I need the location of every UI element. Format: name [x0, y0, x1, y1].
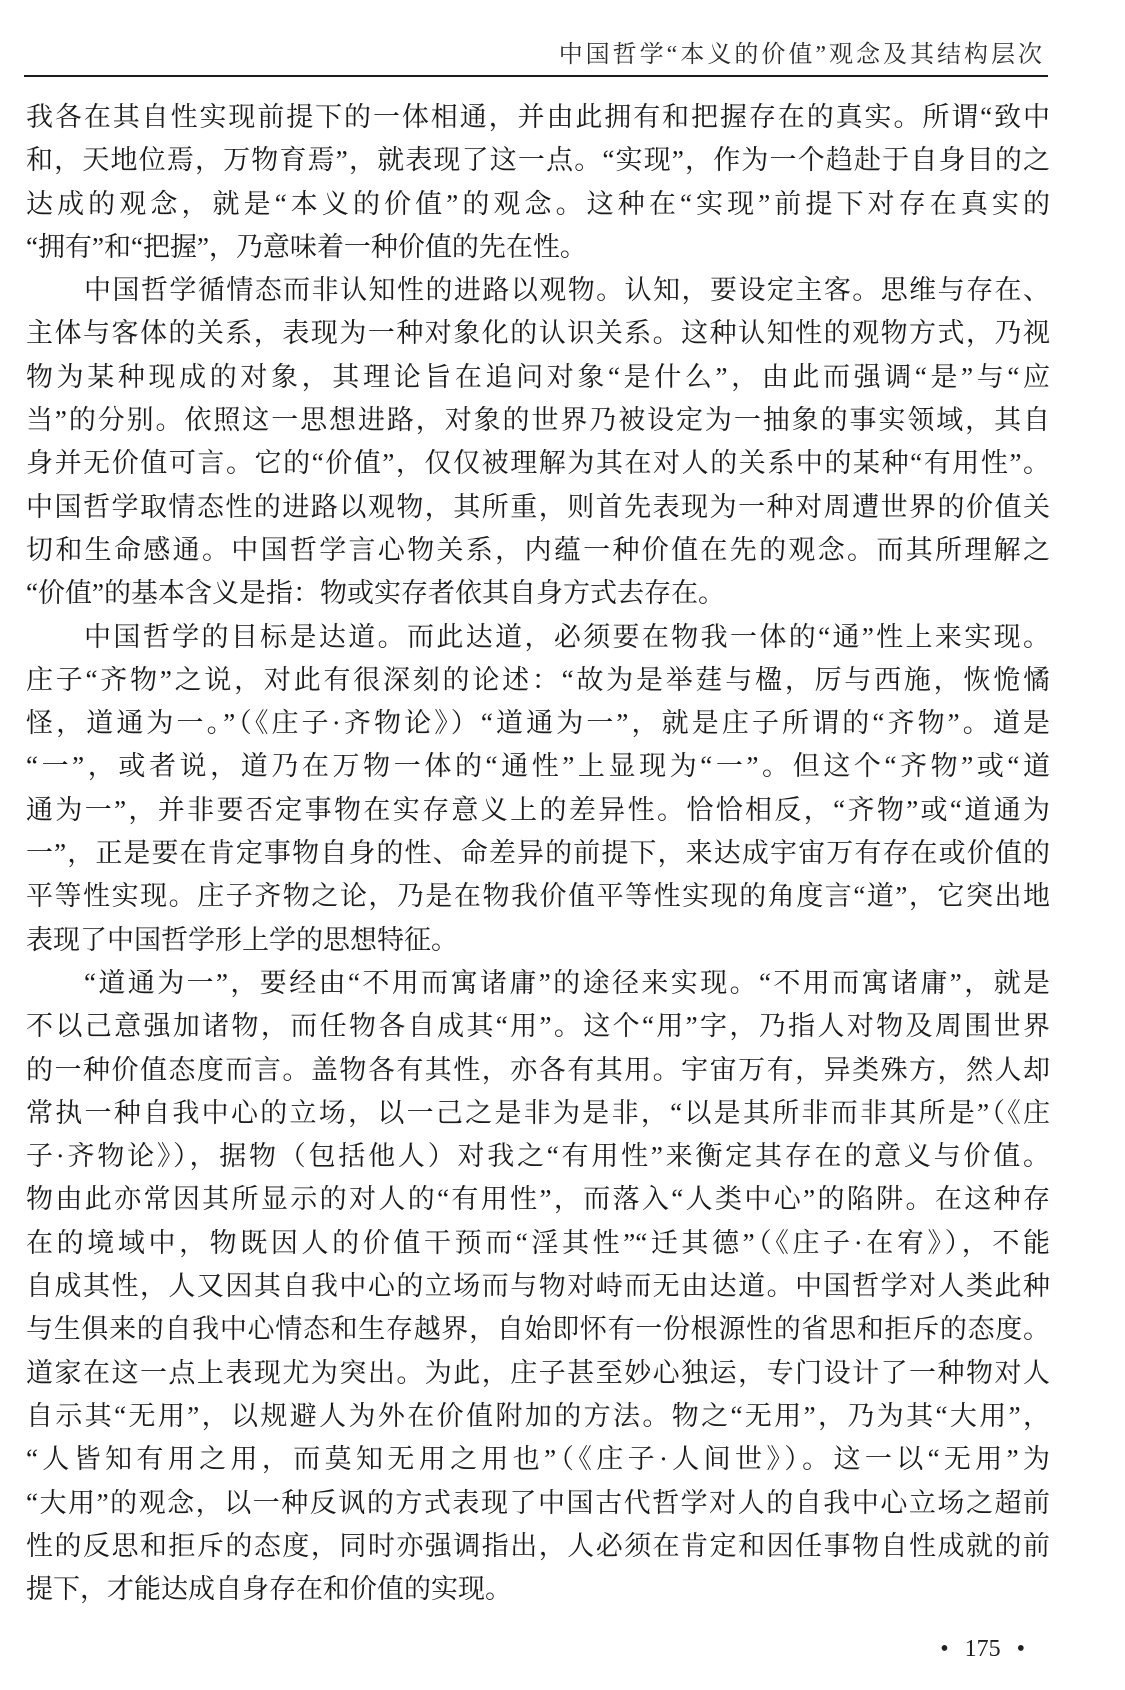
text-line: “道通为一”，要经由“不用而寓诸庸”的途径来实现。“不用而寓诸庸”，就是 [26, 962, 1050, 1005]
text-line: 当”的分别。依照这一思想进路，对象的世界乃被设定为一抽象的事实领域，其自 [26, 399, 1050, 442]
text-line: 与生俱来的自我中心情态和生存越界，自始即怀有一份根源性的省思和拒斥的态度。 [26, 1308, 1050, 1351]
page-number: • 175 • [26, 1636, 1025, 1663]
text-line: 一”，正是要在肯定事物自身的性、命差异的前提下，来达成宇宙万有存在或价值的 [26, 832, 1050, 875]
text-line: 不以己意强加诸物，而任物各自成其“用”。这个“用”字，乃指人对物及周围世界 [26, 1005, 1050, 1048]
text-line: 中国哲学循情态而非认知性的进路以观物。认知，要设定主客。思维与存在、 [26, 269, 1050, 312]
text-line: 的一种价值态度而言。盖物各有其性，亦各有其用。宇宙万有，异类殊方，然人却 [26, 1049, 1050, 1092]
document-page: 中国哲学“本义的价值”观念及其结构层次 我各在其自性实现前提下的一体相通，并由此… [0, 0, 1125, 1690]
text-line: 子·齐物论》），据物（包括他人）对我之“有用性”来衡定其存在的意义与价值。 [26, 1135, 1050, 1178]
text-line: “一”，或者说，道乃在万物一体的“通性”上显现为“一”。但这个“齐物”或“道 [26, 745, 1050, 788]
running-head-title: 中国哲学“本义的价值”观念及其结构层次 [26, 34, 1045, 69]
text-line: 性的反思和拒斥的态度，同时亦强调指出，人必须在肯定和因任事物自性成就的前 [26, 1525, 1050, 1568]
text-line: “大用”的观念，以一种反讽的方式表现了中国古代哲学对人的自我中心立场之超前 [26, 1482, 1050, 1525]
text-line: 通为一”，并非要否定事物在实存意义上的差异性。恰恰相反，“齐物”或“道通为 [26, 789, 1050, 832]
text-line: 提下，才能达成自身存在和价值的实现。 [26, 1568, 1050, 1611]
text-line: 怪，道通为一。”（《庄子·齐物论》）“道通为一”，就是庄子所谓的“齐物”。道是 [26, 702, 1050, 745]
text-line: 在的境域中，物既因人的价值干预而“淫其性”“迁其德”（《庄子·在宥》），不能 [26, 1222, 1050, 1265]
text-line: 平等性实现。庄子齐物之论，乃是在物我价值平等性实现的角度言“道”，它突出地 [26, 875, 1050, 918]
header-rule [24, 75, 1048, 77]
text-line: 常执一种自我中心的立场，以一己之是非为是非，“以是其所非而非其所是”（《庄 [26, 1092, 1050, 1135]
text-line: 庄子“齐物”之说，对此有很深刻的论述：“故为是举莛与楹，厉与西施，恢恑憰 [26, 659, 1050, 702]
text-line: “拥有”和“把握”，乃意味着一种价值的先在性。 [26, 226, 1050, 269]
text-line: 切和生命感通。中国哲学言心物关系，内蕴一种价值在先的观念。而其所理解之 [26, 529, 1050, 572]
text-line: 中国哲学的目标是达道。而此达道，必须要在物我一体的“通”性上来实现。 [26, 616, 1050, 659]
text-line: 道家在这一点上表现尤为突出。为此，庄子甚至妙心独运，专门设计了一种物对人 [26, 1352, 1050, 1395]
text-line: 表现了中国哲学形上学的思想特征。 [26, 919, 1050, 962]
text-line: “人皆知有用之用，而莫知无用之用也”（《庄子·人间世》）。这一以“无用”为 [26, 1438, 1050, 1481]
text-line: 物由此亦常因其所显示的对人的“有用性”，而落入“人类中心”的陷阱。在这种存 [26, 1178, 1050, 1221]
text-line: 主体与客体的关系，表现为一种对象化的认识关系。这种认知性的观物方式，乃视 [26, 312, 1050, 355]
text-line: 达成的观念，就是“本义的价值”的观念。这种在“实现”前提下对存在真实的 [26, 183, 1050, 226]
text-line: 我各在其自性实现前提下的一体相通，并由此拥有和把握存在的真实。所谓“致中 [26, 96, 1050, 139]
text-line: 自成其性，人又因其自我中心的立场而与物对峙而无由达道。中国哲学对人类此种 [26, 1265, 1050, 1308]
text-line: 和，天地位焉，万物育焉”，就表现了这一点。“实现”，作为一个趋赴于自身目的之 [26, 139, 1050, 182]
text-line: 中国哲学取情态性的进路以观物，其所重，则首先表现为一种对周遭世界的价值关 [26, 486, 1050, 529]
text-line: “价值”的基本含义是指：物或实存者依其自身方式去存在。 [26, 572, 1050, 615]
text-line: 物为某种现成的对象，其理论旨在追问对象“是什么”，由此而强调“是”与“应 [26, 356, 1050, 399]
text-line: 身并无价值可言。它的“价值”，仅仅被理解为其在对人的关系中的某种“有用性”。 [26, 442, 1050, 485]
article-body: 我各在其自性实现前提下的一体相通，并由此拥有和把握存在的真实。所谓“致中和，天地… [26, 96, 1050, 1611]
text-line: 自示其“无用”，以规避人为外在价值附加的方法。物之“无用”，乃为其“大用”， [26, 1395, 1050, 1438]
